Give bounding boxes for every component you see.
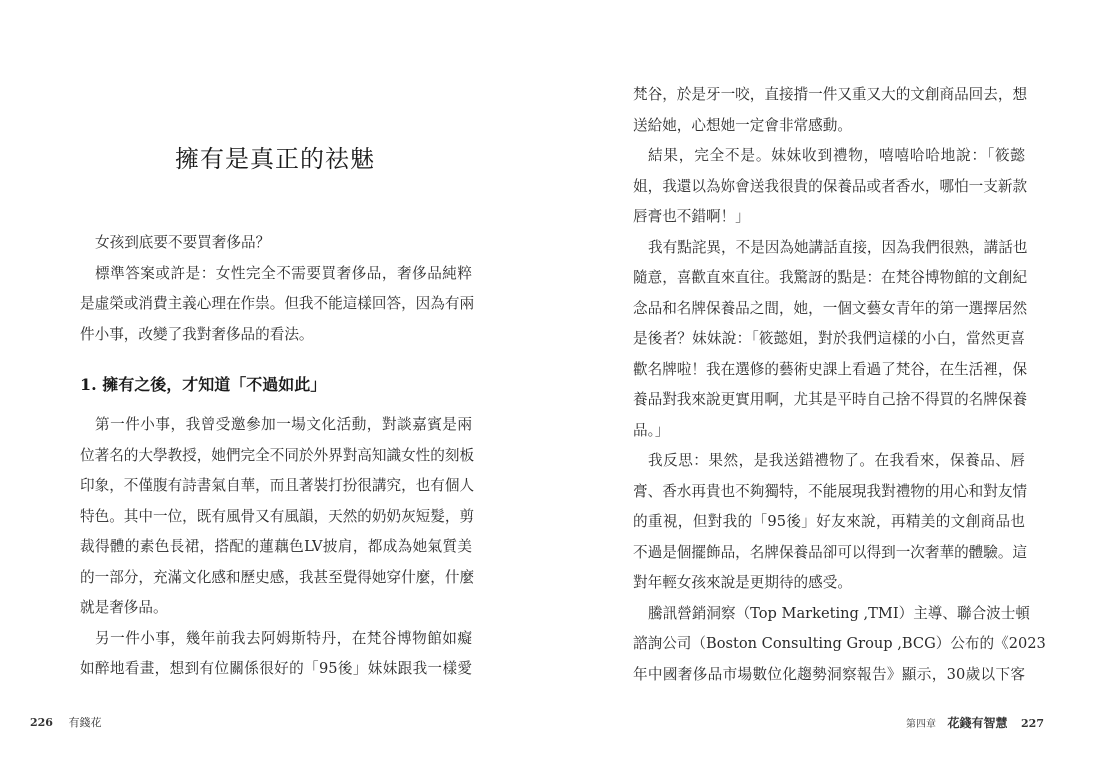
text-line: 品。」: [633, 416, 1025, 447]
text-line: 位著名的大學教授，她們完全不同於外界對高知識女性的刻板: [80, 441, 472, 472]
chapter-title: 擁有是真正的祛魅: [175, 139, 375, 174]
text-line: 女孩到底要不要買奢侈品？: [80, 228, 472, 259]
text-line: 唇膏也不錯啊！」: [633, 202, 1025, 233]
text-line: 件小事，改變了我對奢侈品的看法。: [80, 320, 472, 351]
text-line: 年中國奢侈品市場數位化趨勢洞察報告》顯示，30歲以下客: [633, 660, 1025, 691]
text-line: 的一部分，充滿文化感和歷史感，我甚至覺得她穿什麼，什麼: [80, 563, 472, 594]
text-line: 梵谷，於是牙一咬，直接揹一件又重又大的文創商品回去，想: [633, 80, 1025, 111]
right-footer: 第四章 花錢有智慧 227: [906, 714, 1044, 731]
chapter-label: 第四章: [906, 719, 936, 730]
text-line: 騰訊營銷洞察（Top Marketing ,TMI）主導、聯合波士頓: [633, 599, 1025, 630]
text-line: 另一件小事，幾年前我去阿姆斯特丹，在梵谷博物館如癡: [80, 624, 472, 655]
text-line: 膏、香水再貴也不夠獨特，不能展現我對禮物的用心和對友情: [633, 477, 1025, 508]
text-line: 念品和名牌保養品之間，她，一個文藝女青年的第一選擇居然: [633, 294, 1025, 325]
text-line: 姐，我還以為妳會送我很貴的保養品或者香水，哪怕一支新款: [633, 172, 1025, 203]
left-page: 擁有是真正的祛魅 女孩到底要不要買奢侈品？標準答案或許是：女性完全不需要買奢侈品…: [0, 0, 550, 780]
left-footer: 226 有錢花: [30, 714, 101, 730]
text-line: 養品對我來說更實用啊，尤其是平時自己捨不得買的名牌保養: [633, 385, 1025, 416]
right-body-text: 梵谷，於是牙一咬，直接揹一件又重又大的文創商品回去，想送給她，心想她一定會非常感…: [633, 80, 1025, 690]
text-line: 歡名牌啦！我在選修的藝術史課上看過了梵谷，在生活裡，保: [633, 355, 1025, 386]
text-line: 諮詢公司（Boston Consulting Group ,BCG）公布的《20…: [633, 629, 1025, 660]
text-line: 隨意，喜歡直來直往。我驚訝的點是：在梵谷博物館的文創紀: [633, 263, 1025, 294]
page-number: 227: [1021, 717, 1044, 730]
right-page: 梵谷，於是牙一咬，直接揹一件又重又大的文創商品回去，想送給她，心想她一定會非常感…: [550, 0, 1100, 780]
text-line: 第一件小事，我曾受邀參加一場文化活動，對談嘉賓是兩: [80, 410, 472, 441]
text-line: 標準答案或許是：女性完全不需要買奢侈品，奢侈品純粹: [80, 259, 472, 290]
text-line: 的重視，但對我的「95後」好友來說，再精美的文創商品也: [633, 507, 1025, 538]
text-line: 我反思：果然，是我送錯禮物了。在我看來，保養品、唇: [633, 446, 1025, 477]
intro-paragraphs: 女孩到底要不要買奢侈品？標準答案或許是：女性完全不需要買奢侈品，奢侈品純粹是虛榮…: [80, 228, 472, 350]
book-title: 有錢花: [68, 716, 101, 729]
text-line: 是虛榮或消費主義心理在作祟。但我不能這樣回答，因為有兩: [80, 289, 472, 320]
text-line: 裁得體的素色長裙，搭配的蓮藕色LV披肩，都成為她氣質美: [80, 532, 472, 563]
text-line: 我有點詫異，不是因為她講話直接，因為我們很熟，講話也: [633, 233, 1025, 264]
left-body-text: 第一件小事，我曾受邀參加一場文化活動，對談嘉賓是兩位著名的大學教授，她們完全不同…: [80, 410, 472, 685]
text-line: 結果，完全不是。妹妹收到禮物，嘻嘻哈哈地說：「筱懿: [633, 141, 1025, 172]
chapter-running-title: 花錢有智慧: [948, 716, 1008, 730]
page-number: 226: [30, 716, 53, 729]
text-line: 就是奢侈品。: [80, 593, 472, 624]
text-line: 印象，不僅腹有詩書氣自華，而且著裝打扮很講究，也有個人: [80, 471, 472, 502]
text-line: 如醉地看畫，想到有位關係很好的「95後」妹妹跟我一樣愛: [80, 654, 472, 685]
section-heading: 1. 擁有之後，才知道「不過如此」: [80, 372, 326, 395]
text-line: 對年輕女孩來說是更期待的感受。: [633, 568, 1025, 599]
text-line: 特色。其中一位，既有風骨又有風韻，天然的奶奶灰短髮，剪: [80, 502, 472, 533]
text-line: 是後者？妹妹說：「筱懿姐，對於我們這樣的小白，當然更喜: [633, 324, 1025, 355]
text-line: 不過是個擺飾品，名牌保養品卻可以得到一次奢華的體驗。這: [633, 538, 1025, 569]
text-line: 送給她，心想她一定會非常感動。: [633, 111, 1025, 142]
